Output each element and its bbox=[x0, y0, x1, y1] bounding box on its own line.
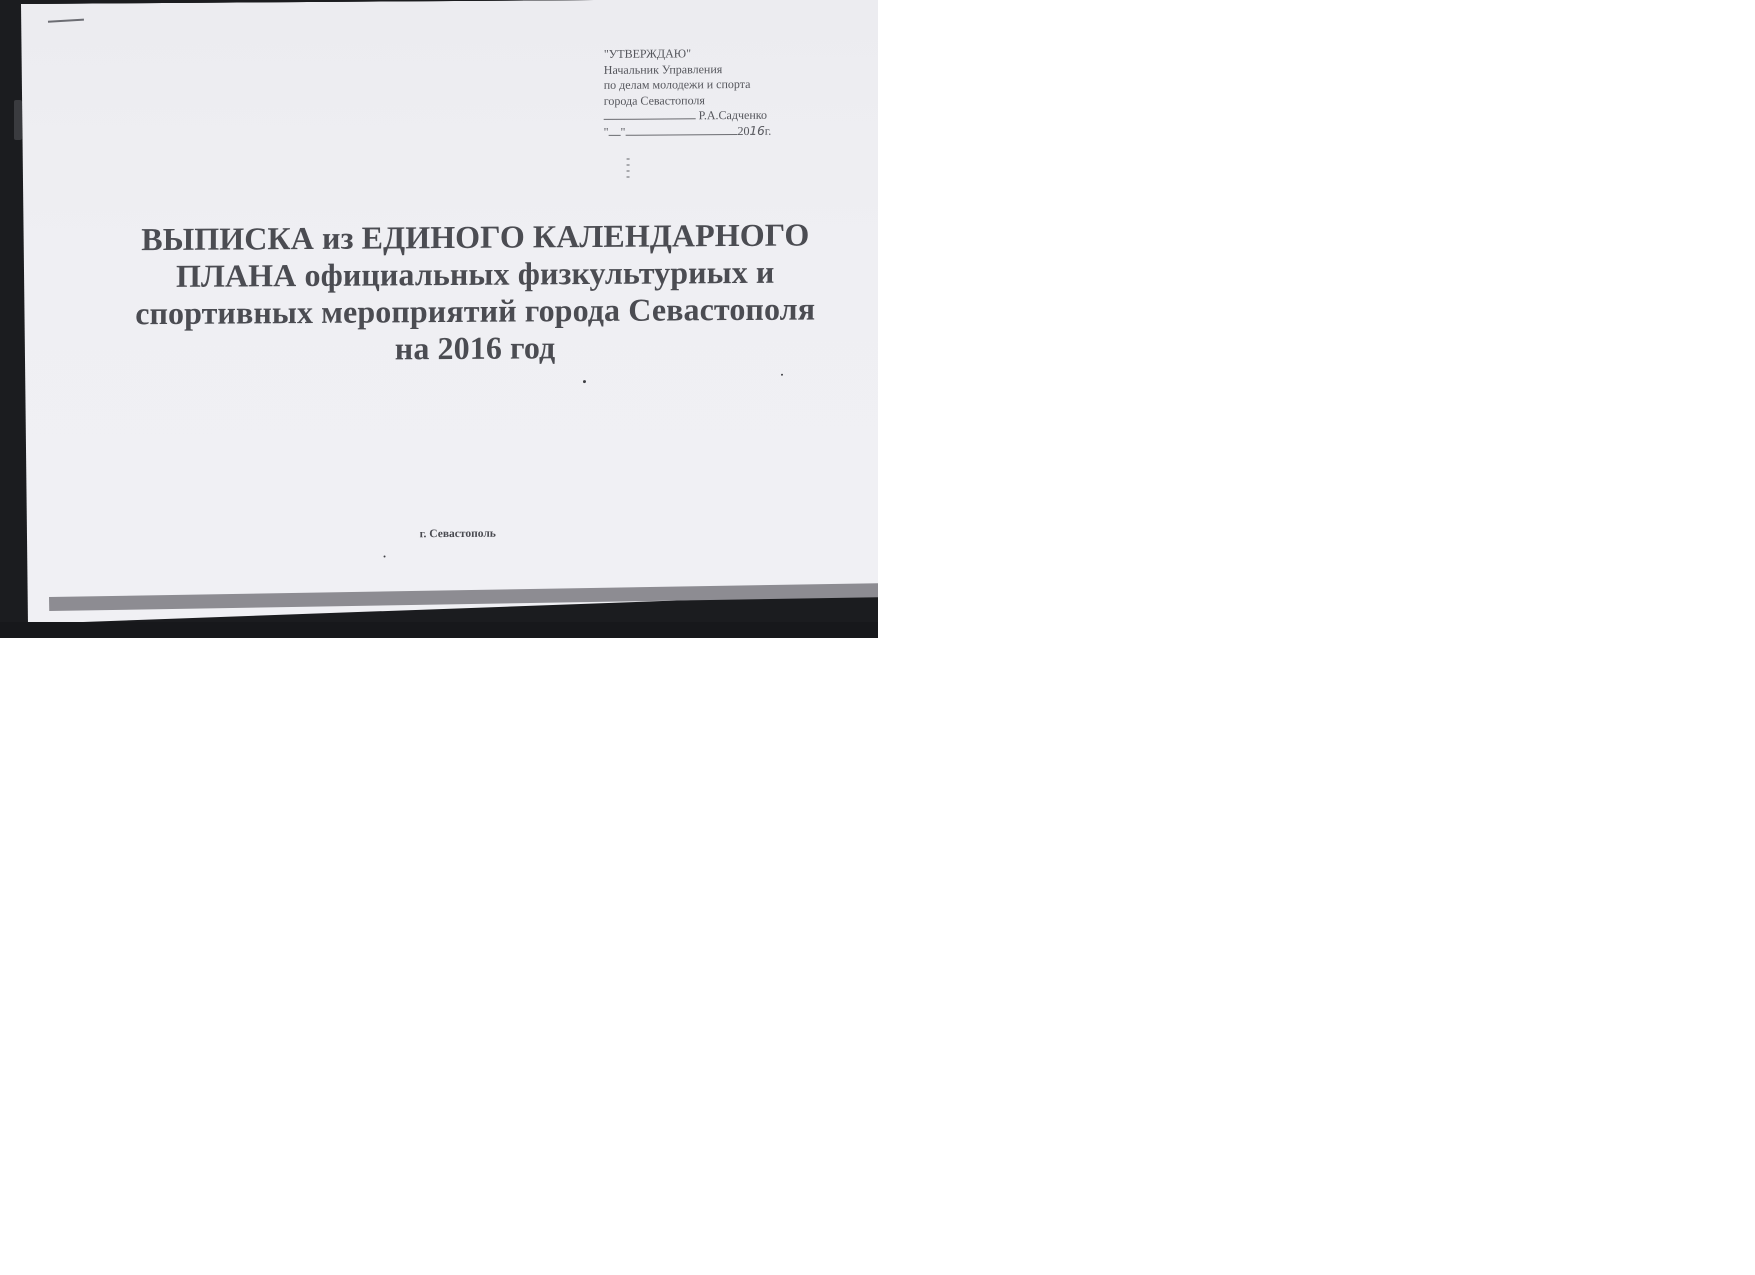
approval-block: "УТВЕРЖДАЮ" Начальник Управления по дела… bbox=[604, 45, 834, 140]
title-line-3: спортивных мероприятий города Севастопол… bbox=[105, 290, 845, 332]
signature-line: Р.А.Садченко bbox=[604, 107, 834, 124]
year-suffix: г. bbox=[765, 123, 772, 137]
scan-speck bbox=[384, 555, 386, 557]
scanner-edge-tab bbox=[14, 100, 22, 140]
title-line-4: на 2016 год bbox=[105, 327, 845, 369]
scanned-document-image: "УТВЕРЖДАЮ" Начальник Управления по дела… bbox=[0, 0, 878, 638]
approval-position-line-1: Начальник Управления bbox=[604, 61, 834, 78]
approval-position-line-3: города Севастополя bbox=[604, 92, 834, 109]
approval-stamp: "УТВЕРЖДАЮ" bbox=[604, 45, 834, 62]
signature-blank bbox=[604, 108, 696, 120]
month-blank bbox=[625, 123, 737, 135]
year-prefix: 20 bbox=[737, 123, 749, 137]
scan-speck bbox=[781, 374, 783, 376]
pen-mark bbox=[48, 19, 84, 23]
day-blank bbox=[609, 124, 621, 135]
title-line-1: ВЫПИСКА из ЕДИНОГО КАЛЕНДАРНОГО bbox=[105, 216, 845, 258]
signatory-name: Р.А.Садченко bbox=[699, 108, 767, 122]
title-line-2: ПЛАНА официальных физкультуриых и bbox=[105, 253, 845, 295]
pen-dots bbox=[627, 158, 630, 180]
approval-position-line-2: по делам молодежи и спорта bbox=[604, 76, 834, 93]
scan-speck bbox=[583, 380, 586, 383]
document-title: ВЫПИСКА из ЕДИНОГО КАЛЕНДАРНОГО ПЛАНА оф… bbox=[105, 216, 845, 369]
approval-date-line: ""2016г. bbox=[604, 123, 834, 140]
document-page: "УТВЕРЖДАЮ" Начальник Управления по дела… bbox=[19, 0, 878, 624]
city-label: г. Севастополь bbox=[420, 528, 496, 541]
year-handwritten: 16 bbox=[749, 123, 764, 137]
scanner-bottom-edge bbox=[0, 622, 878, 638]
